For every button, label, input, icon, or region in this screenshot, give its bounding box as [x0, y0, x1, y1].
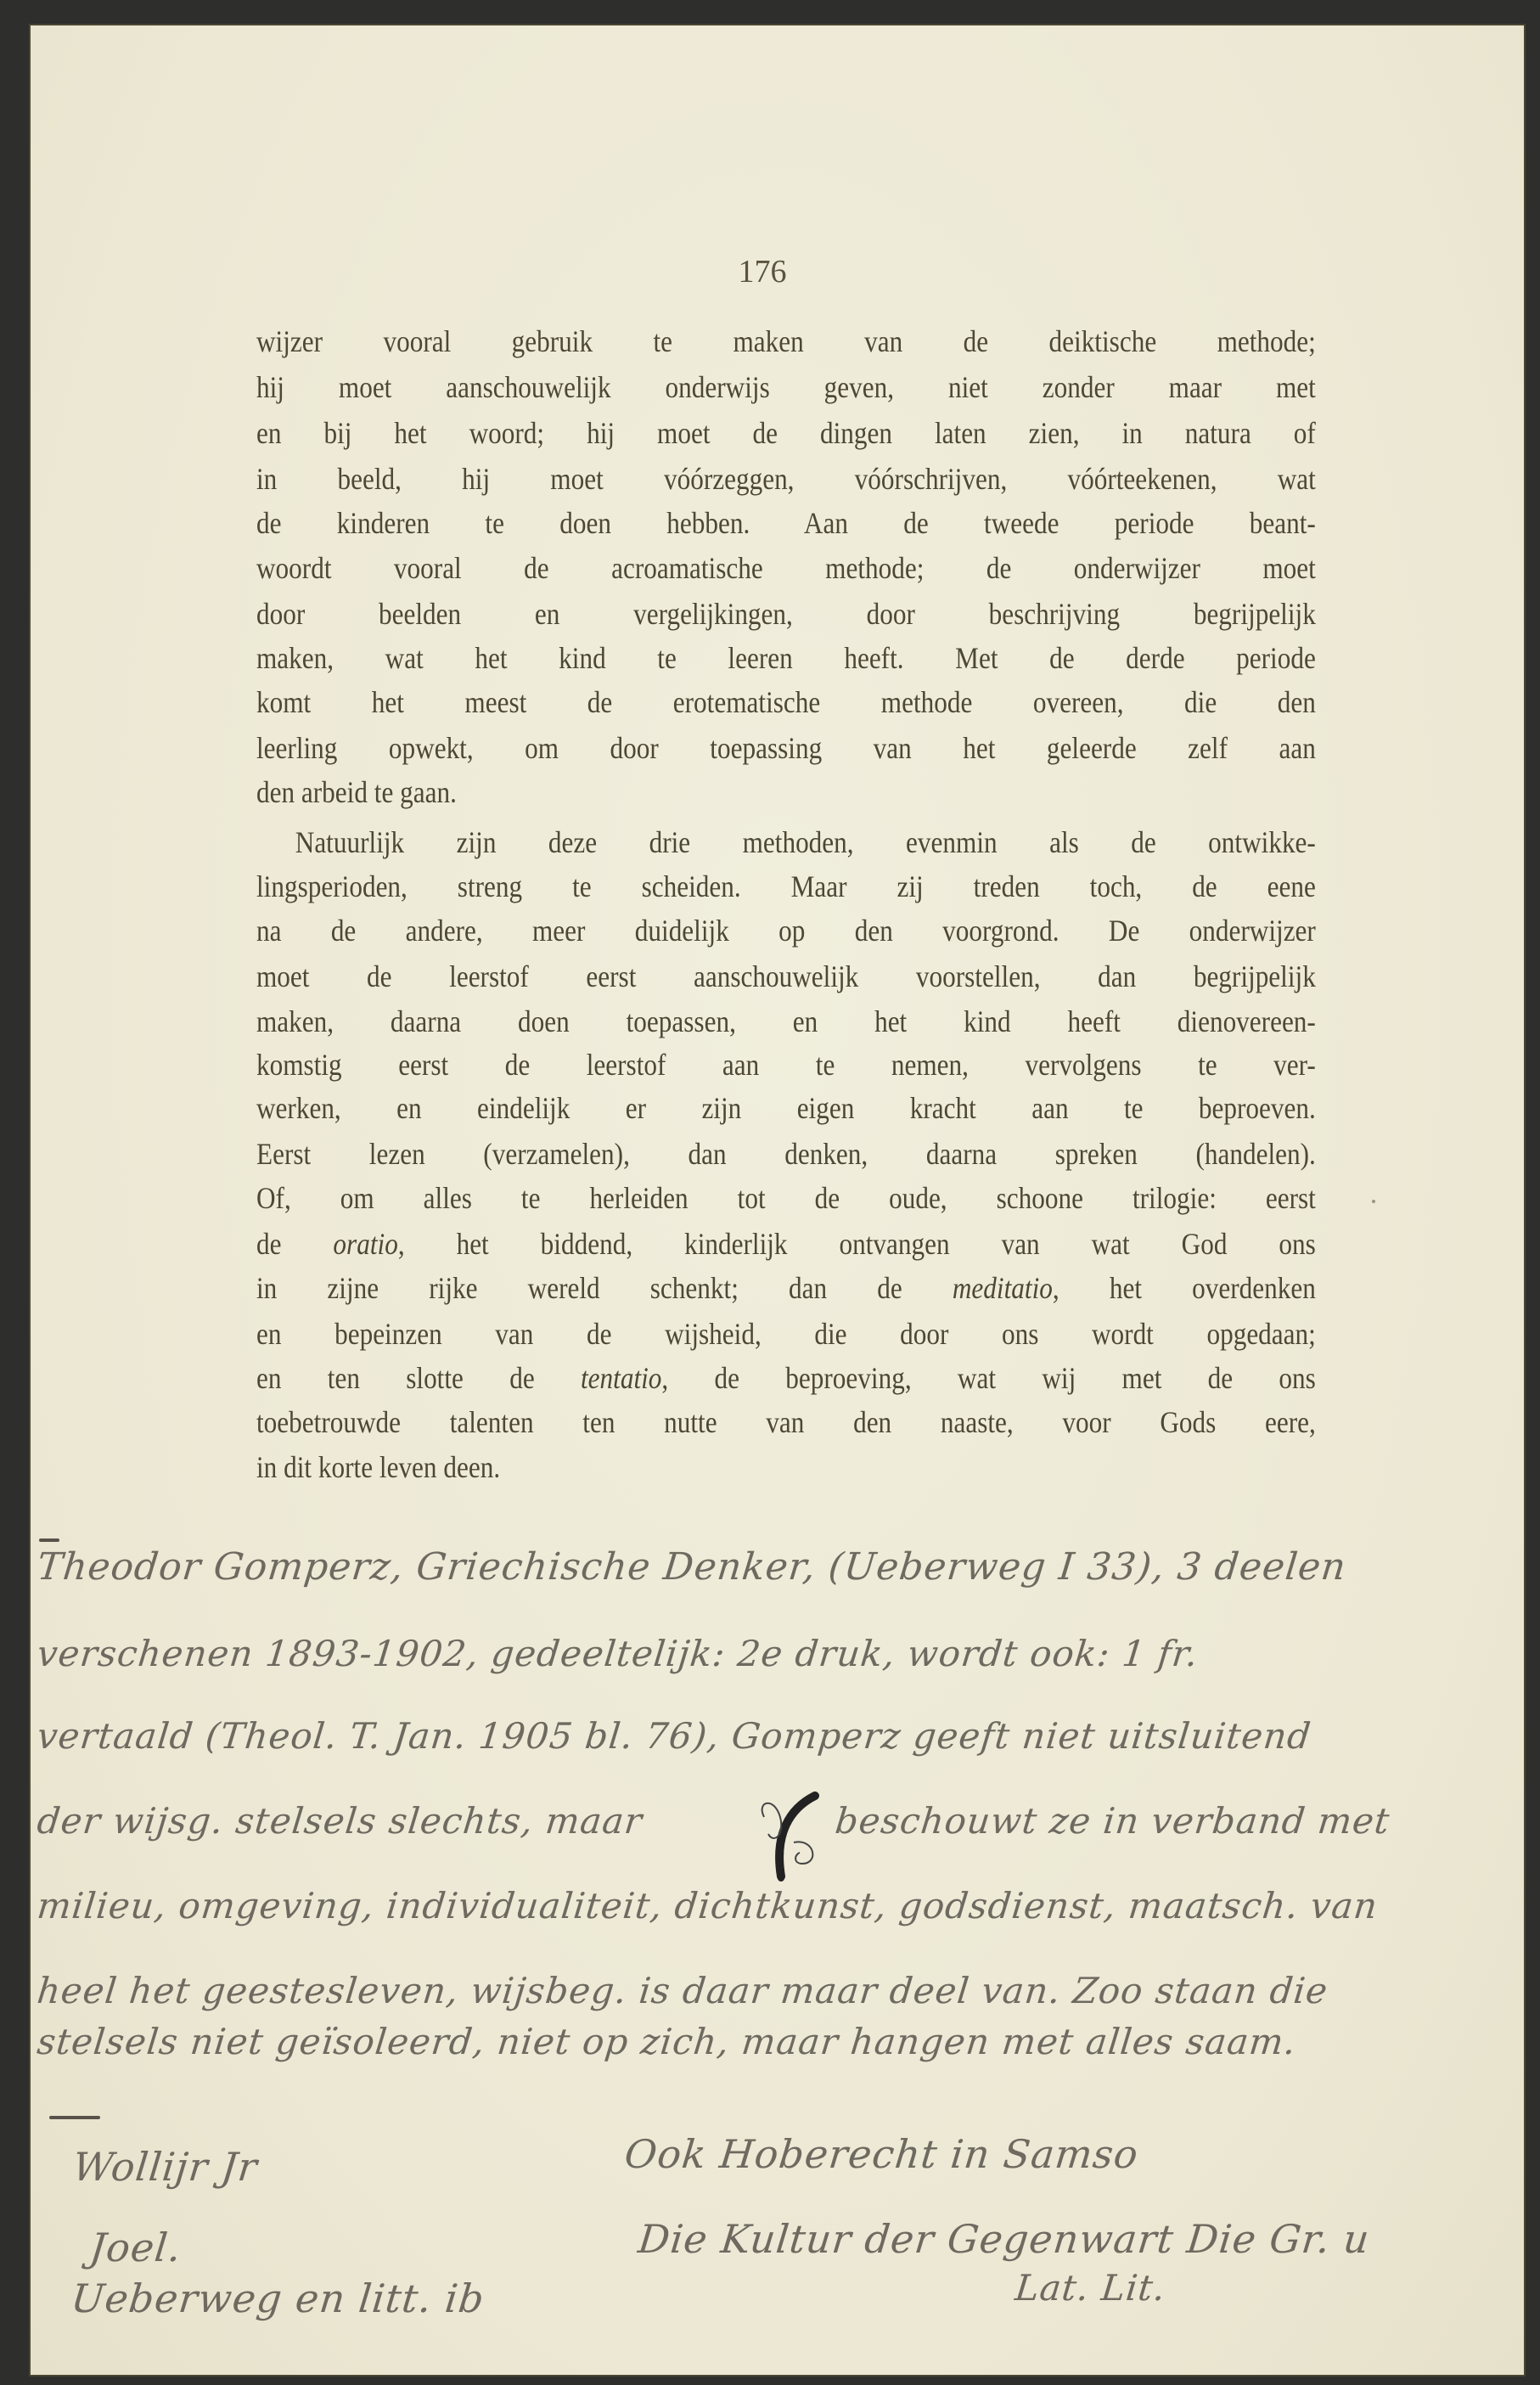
text-line: in dit korte leven deen.: [256, 1448, 1316, 1486]
handwritten-line: Ook Hoberecht in Samso: [622, 2131, 1141, 2177]
handwritten-line: vertaald (Theol. T. Jan. 1905 bl. 76), G…: [35, 1715, 1313, 1757]
text-line: Of, om alles te herleiden tot de oude, s…: [256, 1179, 1316, 1217]
handwritten-line: Die Kultur der Gegenwart Die Gr. u: [636, 2216, 1372, 2262]
text-line: maken, wat het kind te leeren heeft. Met…: [256, 639, 1316, 677]
text-line: komt het meest de erotematische methode …: [256, 683, 1316, 721]
text-line: lingsperioden, streng te scheiden. Maar …: [256, 868, 1316, 905]
handwritten-line: Wollijr Jr: [70, 2144, 260, 2190]
text-segment: in zijne rijke wereld schenkt; dan de: [256, 1271, 953, 1305]
text-segment: , de beproeving, wat wij met de ons: [661, 1361, 1315, 1395]
page-number: 176: [728, 253, 796, 290]
handwritten-line: milieu, omgeving, individualiteit, dicht…: [35, 1885, 1380, 1927]
handwritten-line: heel het geestesleven, wijsbeg. is daar …: [35, 1970, 1329, 2011]
text-line: toebetrouwde talenten ten nutte van den …: [256, 1403, 1316, 1441]
italic-term: oratio: [333, 1227, 397, 1261]
text-segment: , het biddend, kinderlijk ontvangen van …: [398, 1227, 1316, 1261]
text-line: woordt vooral de acroamatische methode; …: [256, 549, 1316, 587]
text-line-tentatio: en ten slotte de tentatio, de beproeving…: [256, 1359, 1316, 1397]
handwritten-dash: [49, 2116, 100, 2119]
text-line: wijzer vooral gebruik te maken van de de…: [256, 323, 1316, 360]
text-line: Eerst lezen (verzamelen), dan denken, da…: [256, 1135, 1316, 1173]
handwritten-line: stelsels niet geïsoleerd, niet op zich, …: [35, 2021, 1298, 2062]
handwritten-line: Lat. Lit.: [1013, 2267, 1167, 2309]
text-line: komstig eerst de leerstof aan te nemen, …: [256, 1046, 1316, 1083]
text-line: na de andere, meer duidelijk op den voor…: [256, 912, 1316, 949]
text-line: de kinderen te doen hebben. Aan de tweed…: [256, 504, 1316, 542]
text-line: leerling opwekt, om door toepassing van …: [256, 729, 1316, 767]
handwritten-line: Ueberweg en litt. ib: [69, 2275, 486, 2321]
handwritten-line: verschenen 1893-1902, gedeeltelijk: 2e d…: [35, 1633, 1200, 1674]
document-page: 176 wijzer vooral gebruik te maken van d…: [31, 25, 1524, 2375]
italic-term: tentatio: [581, 1361, 661, 1395]
text-line-meditatio: in zijne rijke wereld schenkt; dan de me…: [256, 1269, 1316, 1307]
text-line: en bepeinzen van de wijsheid, die door o…: [256, 1315, 1316, 1353]
handwritten-dash: [39, 1538, 59, 1542]
handwritten-line: der wijsg. stelsels slechts, maar: [35, 1800, 644, 1842]
text-line: en bij het woord; hij moet de dingen lat…: [256, 414, 1316, 452]
text-segment: , het overdenken: [1053, 1271, 1316, 1305]
text-line: in beeld, hij moet vóórzeggen, vóórschri…: [256, 460, 1316, 498]
text-line: den arbeid te gaan.: [256, 773, 1316, 811]
text-line-oratio: de oratio, het biddend, kinderlijk ontva…: [256, 1225, 1316, 1263]
decorative-flourish-icon: [756, 1792, 832, 1885]
text-line: moet de leerstof eerst aanschouwelijk vo…: [256, 958, 1316, 995]
text-segment: en ten slotte de: [256, 1361, 581, 1395]
handwritten-line: Joel.: [87, 2225, 183, 2270]
italic-term: meditatio: [953, 1271, 1053, 1305]
handwritten-line: beschouwt ze in verband met: [833, 1800, 1391, 1842]
text-line: Natuurlijk zijn deze drie methoden, even…: [256, 824, 1316, 861]
text-line: hij moet aanschouwelijk onderwijs geven,…: [256, 368, 1316, 406]
handwritten-line: Theodor Gomperz, Griechische Denker, (Ue…: [35, 1545, 1348, 1589]
text-line: maken, daarna doen toepassen, en het kin…: [256, 1003, 1316, 1040]
text-line: door beelden en vergelijkingen, door bes…: [256, 595, 1316, 633]
paper-speck: [1372, 1200, 1375, 1203]
text-segment: de: [256, 1227, 333, 1261]
text-line: werken, en eindelijk er zijn eigen krach…: [256, 1089, 1316, 1127]
